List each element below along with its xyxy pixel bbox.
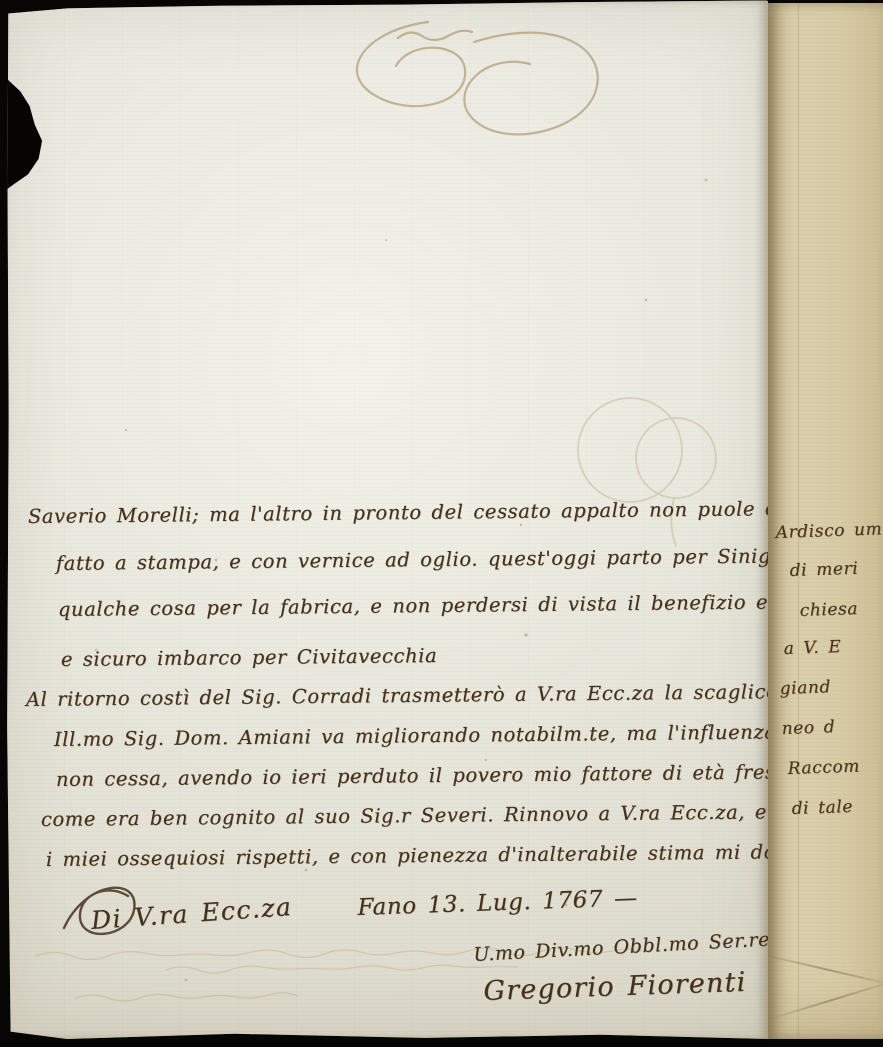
dateline: Fano 13. Lug. 1767 — [357,885,638,921]
valediction: Di V.ra Ecc.za [90,892,293,935]
second-page-line: Ardisco um [775,519,882,543]
manuscript-scan: Saverio Morelli; ma l'altro in pronto de… [0,0,883,1047]
paper-crease [768,952,883,988]
letter-line: Al ritorno costì del Sig. Corradi trasme… [26,677,883,711]
second-page-line: di meri [789,559,858,581]
letter-line: e sicuro imbarco per Civitavecchia [61,644,438,671]
second-page-line: neo d [781,717,835,739]
second-page-line: a V. E [783,637,841,659]
second-page-edge: Ardisco um di meri chiesa a V. E giand n… [768,3,883,1039]
letter-page: Saverio Morelli; ma l'altro in pronto de… [6,0,768,1040]
letter-line: Ill.mo Sig. Dom. Amiani va migliorando n… [54,718,883,751]
second-page-line: giand [779,677,831,699]
letter-line: come era ben cognito al suo Sig.r Severi… [41,797,883,831]
second-page-line: Raccom [787,756,860,779]
letter-line: qualche cosa per la fabrica, e non perde… [58,587,883,621]
second-page-line: chiesa [799,599,858,621]
signature: Gregorio Fiorenti [483,967,747,1007]
letter-line: i miei ossequiosi rispetti, e con pienez… [46,838,883,871]
paper-crease [768,979,883,1022]
torn-edge-notch [6,78,44,190]
letter-line: non cessa, avendo io ieri perduto il pov… [56,757,883,791]
letter-line: Saverio Morelli; ma l'altro in pronto de… [28,495,883,528]
letter-line: fatto a stampa, e con vernice ad oglio. … [56,542,883,575]
page-fold-line [798,3,799,1039]
second-page-line: di tale [791,797,853,819]
